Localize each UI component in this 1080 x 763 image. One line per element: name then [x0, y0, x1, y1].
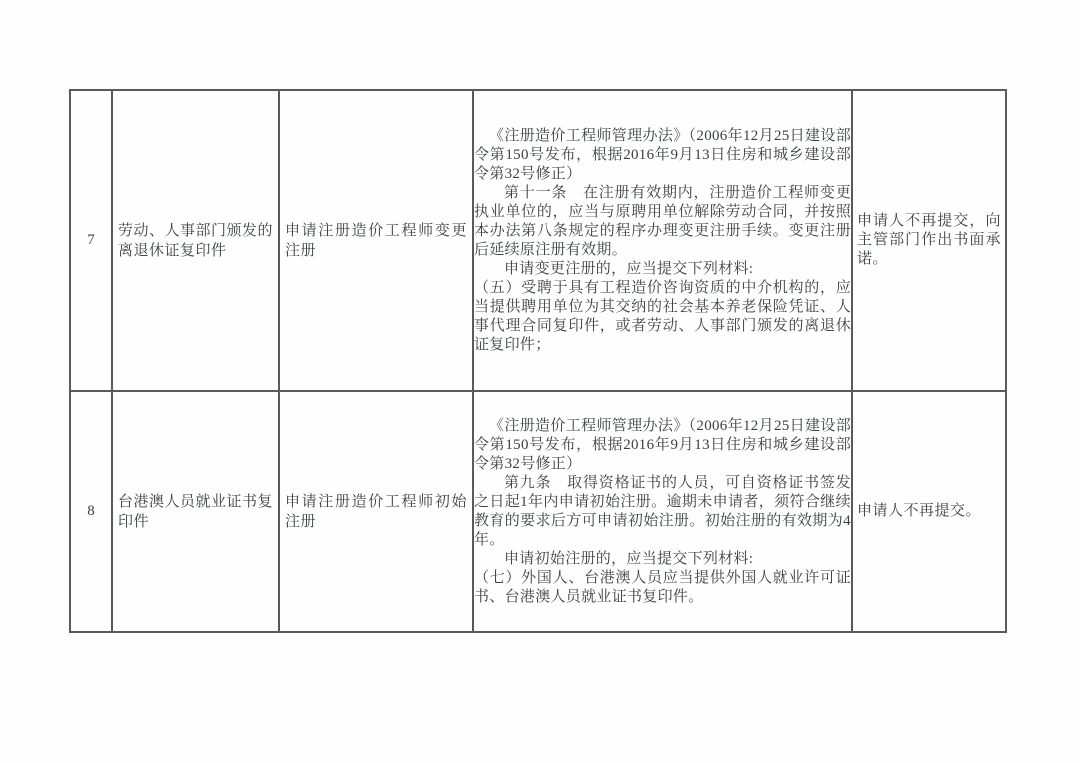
basis-paragraph: （五）受聘于具有工程造价咨询资质的中介机构的，应当提供聘用单位为其交纳的社会基本… — [474, 279, 851, 355]
basis-paragraph: 第十一条 在注册有效期内，注册造价工程师变更执业单位的，应当与原聘用单位解除劳动… — [474, 184, 851, 260]
basis-paragraph: （七）外国人、台港澳人员应当提供外国人就业许可证书、台港澳人员就业证书复印件。 — [474, 569, 851, 607]
basis-paragraph: 申请初始注册的，应当提交下列材料: — [474, 550, 851, 569]
basis-paragraph: 申请变更注册的，应当提交下列材料: — [474, 260, 851, 279]
row-number-cell: 8 — [70, 391, 112, 632]
table-row: 7 劳动、人事部门颁发的离退休证复印件 申请注册造价工程师变更注册 《注册造价工… — [70, 90, 1006, 391]
legal-basis-cell: 《注册造价工程师管理办法》（2006年12月25日建设部令第150号发布，根据2… — [473, 391, 852, 632]
handling-method-cell: 申请人不再提交，向主管部门作出书面承诺。 — [852, 90, 1006, 391]
document-page: 7 劳动、人事部门颁发的离退休证复印件 申请注册造价工程师变更注册 《注册造价工… — [0, 0, 1080, 763]
application-item-cell: 申请注册造价工程师初始注册 — [279, 391, 473, 632]
row-number: 8 — [87, 503, 95, 519]
basis-paragraph: 《注册造价工程师管理办法》（2006年12月25日建设部令第150号发布，根据2… — [474, 127, 851, 184]
requirements-table: 7 劳动、人事部门颁发的离退休证复印件 申请注册造价工程师变更注册 《注册造价工… — [69, 89, 1007, 633]
application-item-cell: 申请注册造价工程师变更注册 — [279, 90, 473, 391]
legal-basis-cell: 《注册造价工程师管理办法》（2006年12月25日建设部令第150号发布，根据2… — [473, 90, 852, 391]
material-name: 劳动、人事部门颁发的离退休证复印件 — [113, 221, 278, 261]
row-number-cell: 7 — [70, 90, 112, 391]
basis-paragraph: 《注册造价工程师管理办法》（2006年12月25日建设部令第150号发布，根据2… — [474, 417, 851, 474]
handling-method-cell: 申请人不再提交。 — [852, 391, 1006, 632]
row-number: 7 — [87, 232, 95, 248]
application-item: 申请注册造价工程师变更注册 — [280, 221, 472, 261]
application-item: 申请注册造价工程师初始注册 — [280, 492, 472, 532]
table-row: 8 台港澳人员就业证书复印件 申请注册造价工程师初始注册 《注册造价工程师管理办… — [70, 391, 1006, 632]
material-name-cell: 台港澳人员就业证书复印件 — [112, 391, 279, 632]
material-name-cell: 劳动、人事部门颁发的离退休证复印件 — [112, 90, 279, 391]
handling-method: 申请人不再提交，向主管部门作出书面承诺。 — [853, 212, 1005, 269]
handling-method: 申请人不再提交。 — [853, 502, 1005, 521]
basis-paragraph: 第九条 取得资格证书的人员，可自资格证书签发之日起1年内申请初始注册。逾期未申请… — [474, 474, 851, 550]
material-name: 台港澳人员就业证书复印件 — [113, 492, 278, 532]
